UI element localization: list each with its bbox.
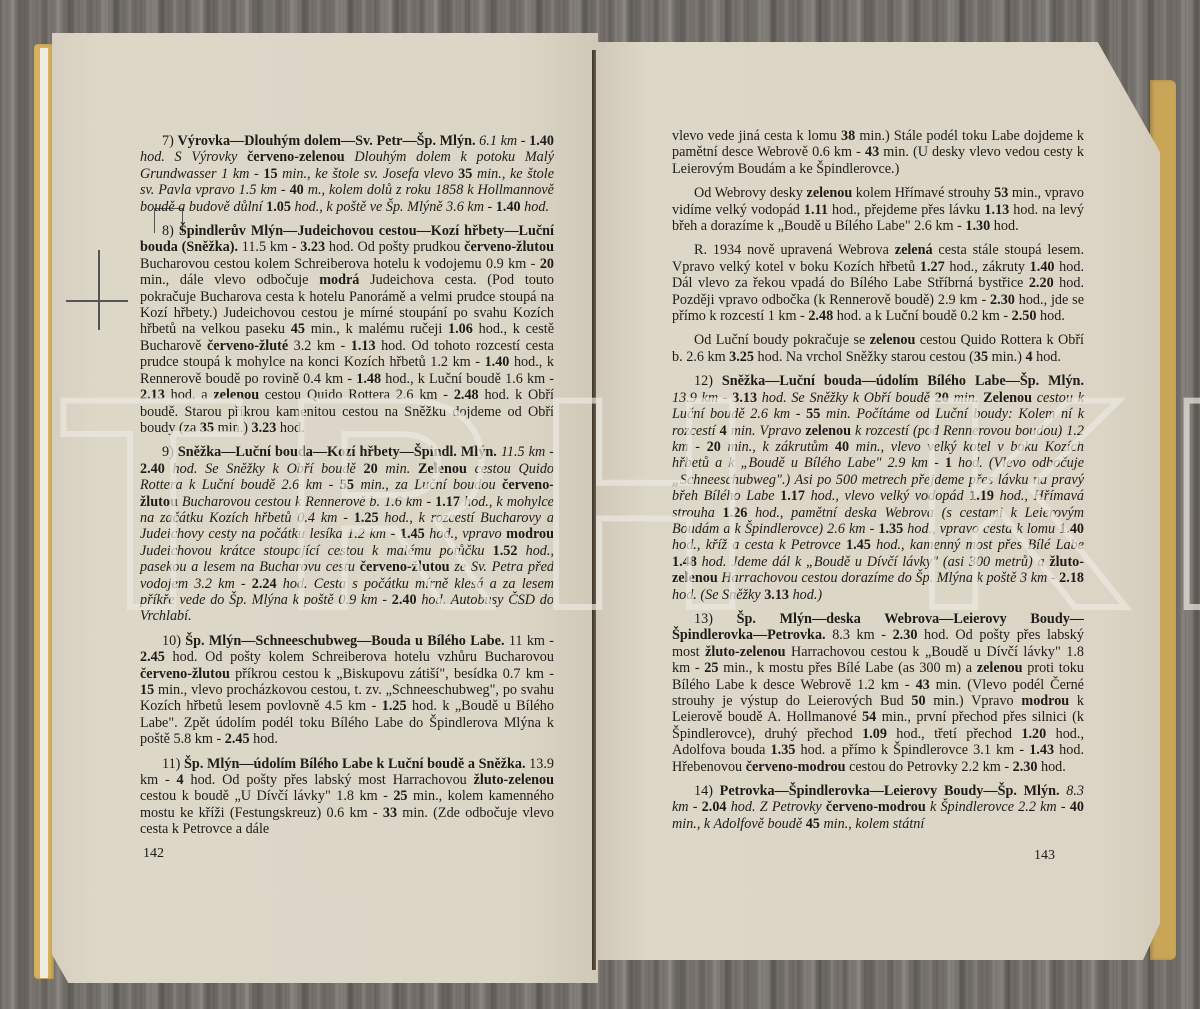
text-run: 1.09 bbox=[862, 726, 887, 742]
route-paragraph: 8) Špindlerův Mlýn—Judeichovou cestou—Ko… bbox=[140, 223, 554, 436]
text-run: 2.40 bbox=[140, 461, 165, 477]
text-run: min., dále vlevo odbočuje bbox=[140, 272, 319, 288]
text-run: hod., vpravo bbox=[425, 526, 506, 542]
text-run: 20 bbox=[364, 461, 378, 477]
route-paragraph: vlevo vede jiná cesta k lomu 38 min.) St… bbox=[672, 128, 1084, 177]
text-run: zelenou bbox=[870, 332, 916, 348]
text-run: 2.48 bbox=[808, 308, 833, 324]
text-run: hod. Jdeme dál k „Boudě u Dívčí lávky" (… bbox=[697, 554, 1049, 570]
text-run: Od Webrovy desky bbox=[694, 185, 807, 201]
text-run: Bucharovou cestou kolem Schreiberova hot… bbox=[140, 256, 540, 272]
text-run: 7) bbox=[162, 133, 177, 149]
text-run: hod. a přímo k Špindlerovce 3.1 km - bbox=[795, 742, 1029, 758]
text-run: Sněžka—Luční bouda—Kozí hřbety—Špindl. M… bbox=[178, 444, 497, 460]
text-run: 45 bbox=[806, 816, 820, 832]
text-run: zelenou bbox=[807, 185, 853, 201]
text-run: hod., k Luční boudě 1.6 km - bbox=[381, 371, 554, 387]
text-run: 55 bbox=[806, 406, 820, 422]
text-run: 1.40 bbox=[1030, 259, 1055, 275]
text-run: 13) bbox=[694, 611, 737, 627]
text-run: 40 bbox=[1070, 799, 1084, 815]
text-run: 43 bbox=[916, 677, 930, 693]
text-run: min.) bbox=[988, 349, 1025, 365]
text-run: 2.20 bbox=[1029, 275, 1054, 291]
text-run: hod. bbox=[990, 218, 1018, 234]
text-run: hod. Na vrchol Sněžky starou cestou ( bbox=[754, 349, 974, 365]
text-run: hod. a bbox=[165, 387, 214, 403]
text-run: 15 bbox=[263, 166, 277, 182]
text-run: min., k mostu přes Bílé Labe (as 300 m) … bbox=[718, 660, 976, 676]
text-run: 2.45 bbox=[225, 731, 250, 747]
text-run: 1.11 bbox=[804, 202, 828, 218]
text-run: 33 bbox=[383, 805, 397, 821]
text-run: hod., vpravo cesta k lomu bbox=[903, 521, 1059, 537]
text-run: hod. Z Petrovky bbox=[727, 799, 826, 815]
text-run: Šp. Mlýn—Schneeschubweg—Bouda u Bílého L… bbox=[185, 633, 504, 649]
text-run: hod. Se Sněžky k Obří boudě bbox=[165, 461, 364, 477]
text-run: hod. bbox=[250, 731, 278, 747]
text-run: 1.48 bbox=[356, 371, 381, 387]
text-run: 1.25 bbox=[354, 510, 379, 526]
text-run: min.) Vpravo bbox=[926, 693, 1022, 709]
text-run: 1.45 bbox=[846, 537, 871, 553]
text-run: Harrachovou cestou dorazíme do Šp. Mlýna… bbox=[718, 570, 1059, 586]
text-run: zelenou bbox=[977, 660, 1023, 676]
text-run: hod. S Výrovky bbox=[140, 149, 247, 165]
text-run: hod. bbox=[521, 199, 549, 215]
text-run: k Špindlerovce 2.2 km - bbox=[926, 799, 1070, 815]
route-paragraph: 9) Sněžka—Luční bouda—Kozí hřbety—Špindl… bbox=[140, 444, 554, 624]
text-run: 9) bbox=[162, 444, 178, 460]
route-paragraph: R. 1934 nově upravená Webrova zelená ces… bbox=[672, 242, 1084, 324]
text-run: žluto-zelenou bbox=[705, 644, 785, 660]
text-run: 1.40 bbox=[529, 133, 554, 149]
text-run: cestou Quido Rottera 2.6 km - bbox=[259, 387, 454, 403]
text-run: 55 bbox=[340, 477, 354, 493]
text-run: 2.18 bbox=[1059, 570, 1084, 586]
text-run: Bucharovou cestou k Rennerově b. 1.6 km … bbox=[178, 494, 435, 510]
text-run: hod. bbox=[1037, 759, 1065, 775]
text-run: 2.24 bbox=[252, 576, 277, 592]
text-run: 1.17 bbox=[780, 488, 805, 504]
route-paragraph: Od Luční boudy pokračuje se zelenou cest… bbox=[672, 332, 1084, 365]
pencil-mark-cross-horizontal bbox=[66, 300, 128, 302]
pencil-mark-cross-vertical bbox=[98, 250, 100, 330]
text-run: hod. bbox=[1036, 308, 1064, 324]
text-run: 54 bbox=[862, 709, 876, 725]
text-run: 20 bbox=[540, 256, 554, 272]
text-run: min., k Adolfově boudě bbox=[672, 816, 806, 832]
text-run: 1.52 bbox=[493, 543, 518, 559]
text-run: 3.2 km - bbox=[288, 338, 351, 354]
text-run: Zelenou bbox=[418, 461, 467, 477]
text-run: zelenou bbox=[213, 387, 259, 403]
text-run: min. bbox=[949, 390, 983, 406]
text-run: 3.23 bbox=[252, 420, 277, 436]
text-run: Šp. Mlýn—údolím Bílého Labe k Luční boud… bbox=[184, 756, 525, 772]
text-run: 1.13 bbox=[351, 338, 376, 354]
text-run: červeno-zelenou bbox=[247, 149, 345, 165]
text-run: min., ke štole sv. Josefa vlevo bbox=[278, 166, 459, 182]
text-run: kolem Hřímavé strouhy bbox=[852, 185, 994, 201]
text-run: min., za Luční boudou bbox=[354, 477, 502, 493]
open-book: 7) Výrovka—Dlouhým dolem—Sv. Petr—Šp. Ml… bbox=[0, 0, 1200, 1009]
text-run: 2.04 bbox=[702, 799, 727, 815]
text-run: 25 bbox=[704, 660, 718, 676]
route-paragraph: 13) Šp. Mlýn—deska Webrova—Leierovy Boud… bbox=[672, 611, 1084, 775]
text-run: 15 bbox=[140, 682, 154, 698]
text-run: 1.45 bbox=[400, 526, 425, 542]
text-run: hod. bbox=[276, 420, 304, 436]
text-run: 4 bbox=[177, 772, 184, 788]
text-run: min. bbox=[378, 461, 418, 477]
text-run: modrá bbox=[319, 272, 359, 288]
text-run: 3.23 bbox=[300, 239, 325, 255]
text-run: hod. bbox=[1033, 349, 1061, 365]
text-run: 8) bbox=[162, 223, 179, 239]
text-run: hod. Od pošty prudkou bbox=[325, 239, 464, 255]
route-paragraph: Od Webrovy desky zelenou kolem Hřímavé s… bbox=[672, 185, 1084, 234]
text-run: 11.5 km - bbox=[238, 239, 300, 255]
text-run: hod. Se Sněžky k Obří boudě bbox=[757, 390, 935, 406]
text-run: 3.25 bbox=[729, 349, 754, 365]
text-run: 53 bbox=[994, 185, 1008, 201]
text-run: 1.05 bbox=[266, 199, 291, 215]
route-paragraph: 11) Šp. Mlýn—údolím Bílého Labe k Luční … bbox=[140, 756, 554, 838]
text-run: 12) bbox=[694, 373, 722, 389]
text-run: 1.35 bbox=[771, 742, 796, 758]
text-run: 2.48 bbox=[454, 387, 479, 403]
text-run: červeno-žlutou bbox=[140, 666, 230, 682]
text-run: 1.26 bbox=[723, 505, 748, 521]
text-run: 35 bbox=[200, 420, 214, 436]
text-run: 1.06 bbox=[448, 321, 473, 337]
text-run: Sněžka—Luční bouda—údolím Bílého Labe—Šp… bbox=[722, 373, 1084, 389]
text-run: hod., kamenný most přes Bílé Labe bbox=[871, 537, 1084, 553]
route-paragraph: 7) Výrovka—Dlouhým dolem—Sv. Petr—Šp. Ml… bbox=[140, 133, 554, 215]
text-run: cestou k boudě „U Dívčí lávky" 1.8 km - bbox=[140, 788, 393, 804]
text-run: min., kolem státní bbox=[820, 816, 924, 832]
text-run: 2.30 bbox=[1013, 759, 1038, 775]
text-run: zelená bbox=[895, 242, 933, 258]
text-run: 1.40 bbox=[485, 354, 510, 370]
text-run: hod., třetí přechod bbox=[887, 726, 1021, 742]
text-run: Od Luční boudy pokračuje se bbox=[694, 332, 870, 348]
text-run: R. 1934 nově upravená Webrova bbox=[694, 242, 895, 258]
text-run: 2.30 bbox=[893, 627, 918, 643]
route-paragraph: 14) Petrovka—Špindlerovka—Leierovy Boudy… bbox=[672, 783, 1084, 832]
page-number-left: 142 bbox=[143, 846, 164, 862]
text-run: 3.13 bbox=[764, 587, 789, 603]
text-run: 4 bbox=[1025, 349, 1032, 365]
right-page-text: vlevo vede jiná cesta k lomu 38 min.) St… bbox=[672, 128, 1084, 840]
text-run: 1.48 bbox=[672, 554, 697, 570]
text-run: 11.5 km - bbox=[497, 444, 554, 460]
text-run: 1.17 bbox=[435, 494, 460, 510]
text-run: 1.40 bbox=[496, 199, 521, 215]
text-run: hod. Od pošty kolem Schreiberova hotelu … bbox=[165, 649, 554, 665]
text-run: 3.13 bbox=[732, 390, 757, 406]
text-run: 4 bbox=[720, 423, 727, 439]
text-run: červeno-modrou bbox=[826, 799, 926, 815]
text-run: červeno-žluté bbox=[207, 338, 288, 354]
text-run: min., k malému ručeji bbox=[305, 321, 448, 337]
text-run: 8.3 km - bbox=[826, 627, 893, 643]
text-run: 2.45 bbox=[140, 649, 165, 665]
text-run: 2.50 bbox=[1012, 308, 1037, 324]
text-run: 1.30 bbox=[965, 218, 990, 234]
text-run: 14) bbox=[694, 783, 720, 799]
text-run: 11) bbox=[162, 756, 184, 772]
text-run: hod., kříž a cesta k Petrovce bbox=[672, 537, 846, 553]
text-run: Zelenou bbox=[983, 390, 1032, 406]
text-run: vlevo vede jiná cesta k lomu bbox=[672, 128, 841, 144]
text-run: hod. (Se Sněžky bbox=[672, 587, 764, 603]
text-run: Petrovka—Špindlerovka—Leierovy Boudy—Šp.… bbox=[720, 783, 1060, 799]
text-run: 1.43 bbox=[1029, 742, 1054, 758]
text-run: hod., zákruty bbox=[945, 259, 1030, 275]
text-run: 45 bbox=[291, 321, 305, 337]
left-page-text: 7) Výrovka—Dlouhým dolem—Sv. Petr—Šp. Ml… bbox=[140, 133, 554, 846]
text-run: 1.40 bbox=[1059, 521, 1084, 537]
text-run: Výrovka—Dlouhým dolem—Sv. Petr—Šp. Mlýn. bbox=[177, 133, 475, 149]
text-run: červeno-žlutou bbox=[464, 239, 554, 255]
page-stack-left bbox=[40, 48, 48, 978]
text-run: modrou bbox=[506, 526, 554, 542]
text-run: hod., k poště ve Šp. Mlýně 3.6 km - bbox=[291, 199, 496, 215]
text-run: 20 bbox=[935, 390, 949, 406]
text-run: 10) bbox=[162, 633, 185, 649]
text-run: 35 bbox=[458, 166, 472, 182]
text-run: 38 bbox=[841, 128, 855, 144]
route-paragraph: 12) Sněžka—Luční bouda—údolím Bílého Lab… bbox=[672, 373, 1084, 603]
text-run: 13.9 km - bbox=[672, 390, 732, 406]
book-gutter bbox=[592, 50, 596, 970]
text-run: hod., vlevo velký vodopád bbox=[805, 488, 969, 504]
text-run: hod., přejdeme přes lávku bbox=[828, 202, 984, 218]
text-run: 2.13 bbox=[140, 387, 165, 403]
text-run: 2.30 bbox=[990, 292, 1015, 308]
text-run: 1.27 bbox=[920, 259, 945, 275]
text-run: zelenou bbox=[805, 423, 851, 439]
text-run: hod.) bbox=[789, 587, 822, 603]
text-run: min.) bbox=[214, 420, 251, 436]
text-run: příkrou cestou k „Biskupovu zátiší", bes… bbox=[230, 666, 554, 682]
text-run: 43 bbox=[865, 144, 879, 160]
text-run: 1.20 bbox=[1021, 726, 1046, 742]
text-run: 1.13 bbox=[984, 202, 1009, 218]
text-run: 1.25 bbox=[382, 698, 407, 714]
text-run: 2.40 bbox=[392, 592, 417, 608]
route-paragraph: 10) Šp. Mlýn—Schneeschubweg—Bouda u Bílé… bbox=[140, 633, 554, 748]
text-run: 1.35 bbox=[878, 521, 903, 537]
text-run: Judeichovou krátce stoupající cestou k m… bbox=[140, 543, 493, 559]
text-run: červeno-modrou bbox=[746, 759, 846, 775]
text-run: červeno-žlutou bbox=[360, 559, 450, 575]
text-run: 1 bbox=[945, 455, 952, 471]
text-run: hod. a k Luční boudě 0.2 km - bbox=[833, 308, 1012, 324]
text-run: 6.1 km - bbox=[476, 133, 530, 149]
text-run: 40 bbox=[290, 182, 304, 198]
text-run: 11 km - bbox=[505, 633, 555, 649]
text-run: 40 bbox=[835, 439, 849, 455]
text-run: 35 bbox=[974, 349, 988, 365]
text-run: 1.19 bbox=[969, 488, 994, 504]
text-run: hod. Od pošty přes labský most Harrachov… bbox=[184, 772, 474, 788]
text-run: cestou do Petrovky 2.2 km - bbox=[846, 759, 1013, 775]
text-run: žluto-zelenou bbox=[474, 772, 554, 788]
text-run: 50 bbox=[911, 693, 925, 709]
text-run: 20 bbox=[707, 439, 721, 455]
text-run: min. Vpravo bbox=[727, 423, 806, 439]
text-run: modrou bbox=[1021, 693, 1069, 709]
page-number-right: 143 bbox=[1034, 848, 1055, 864]
text-run: min., k zákrutům bbox=[721, 439, 835, 455]
text-run: 25 bbox=[393, 788, 407, 804]
